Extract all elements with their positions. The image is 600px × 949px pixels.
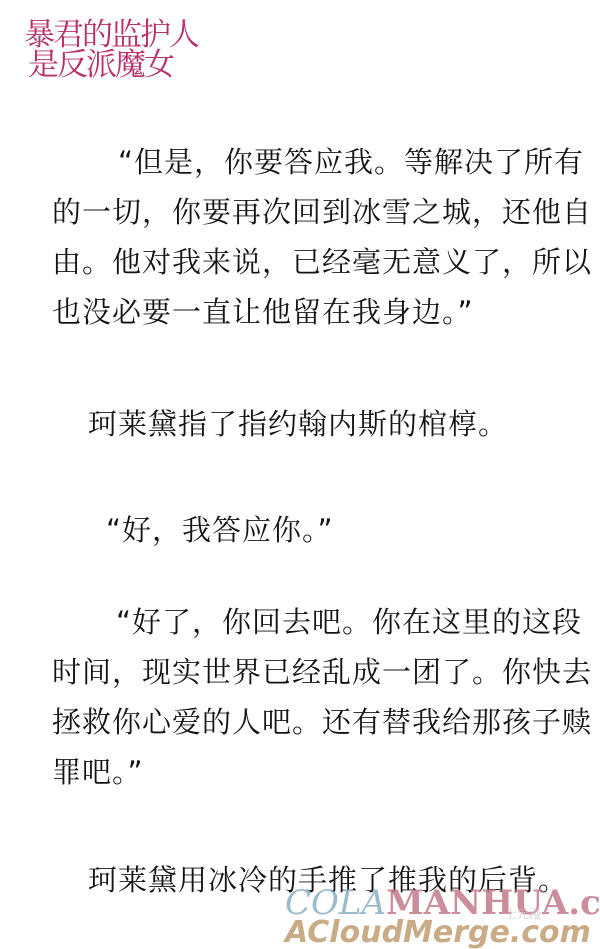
text-line: 时间，现实世界已经乱成一团了。你快去 [52, 650, 592, 691]
text-line: “好，我答应你。” [106, 508, 334, 549]
logo-line-2: 是反派魔女 [28, 48, 198, 82]
text-line: 拯救你心爱的人吧。还有替我给那孩子赎 [52, 700, 592, 741]
text-line: 的一切，你要再次回到冰雪之城，还他自 [52, 190, 592, 231]
comic-title-logo: 暴君的监护人 是反派魔女 [24, 18, 198, 82]
text-line: 罪吧。” [52, 750, 144, 791]
watermark-acloudmerge: ACloudMerge.com [285, 915, 591, 949]
text-line: 也没必要一直让他留在我身边。” [52, 290, 474, 331]
text-line: 由。他对我来说，已经毫无意义了，所以 [52, 240, 592, 281]
text-line: 珂莱黛指了指约翰内斯的棺椁。 [88, 402, 508, 443]
text-line: “但是，你要答应我。等解决了所有 [118, 140, 584, 181]
text-line: “好了，你回去吧。你在这里的这段 [116, 600, 582, 641]
watermark-faint: 上元漫 [505, 905, 541, 922]
